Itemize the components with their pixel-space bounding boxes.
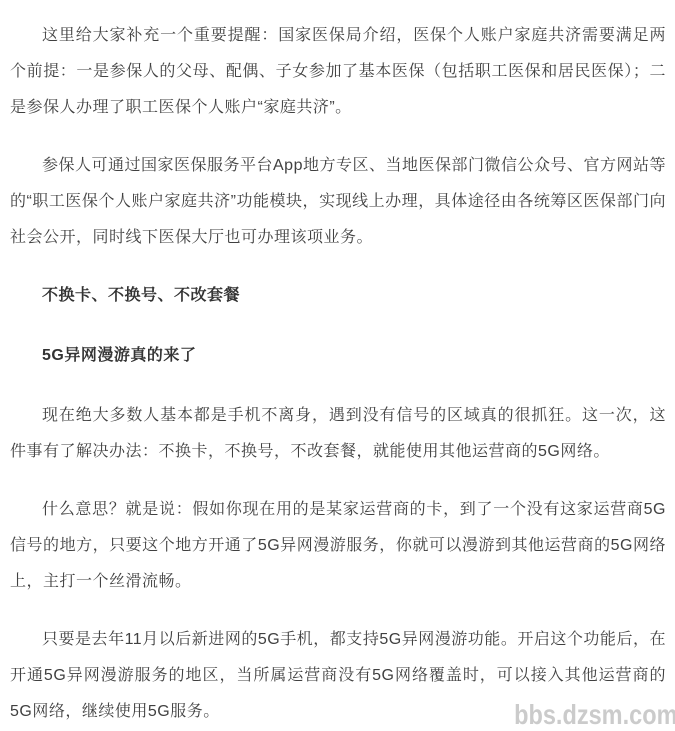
site-watermark: bbs.dzsm.com	[514, 701, 675, 729]
paragraph-5g-solution: 现在绝大多数人基本都是手机不离身，遇到没有信号的区域真的很抓狂。这一次，这件事有…	[10, 398, 666, 470]
paragraph-insurance-reminder: 这里给大家补充一个重要提醒：国家医保局介绍，医保个人账户家庭共济需要满足两个前提…	[10, 18, 666, 126]
paragraph-insurance-howto: 参保人可通过国家医保服务平台App地方专区、当地医保部门微信公众号、官方网站等的…	[10, 148, 666, 256]
paragraph-5g-explanation: 什么意思？就是说：假如你现在用的是某家运营商的卡，到了一个没有这家运营商5G信号…	[10, 492, 666, 600]
section-heading-5g-roaming: 5G异网漫游真的来了	[10, 338, 666, 374]
section-heading-no-card-change: 不换卡、不换号、不改套餐	[10, 278, 666, 314]
article-content: 这里给大家补充一个重要提醒：国家医保局介绍，医保个人账户家庭共济需要满足两个前提…	[0, 0, 675, 730]
